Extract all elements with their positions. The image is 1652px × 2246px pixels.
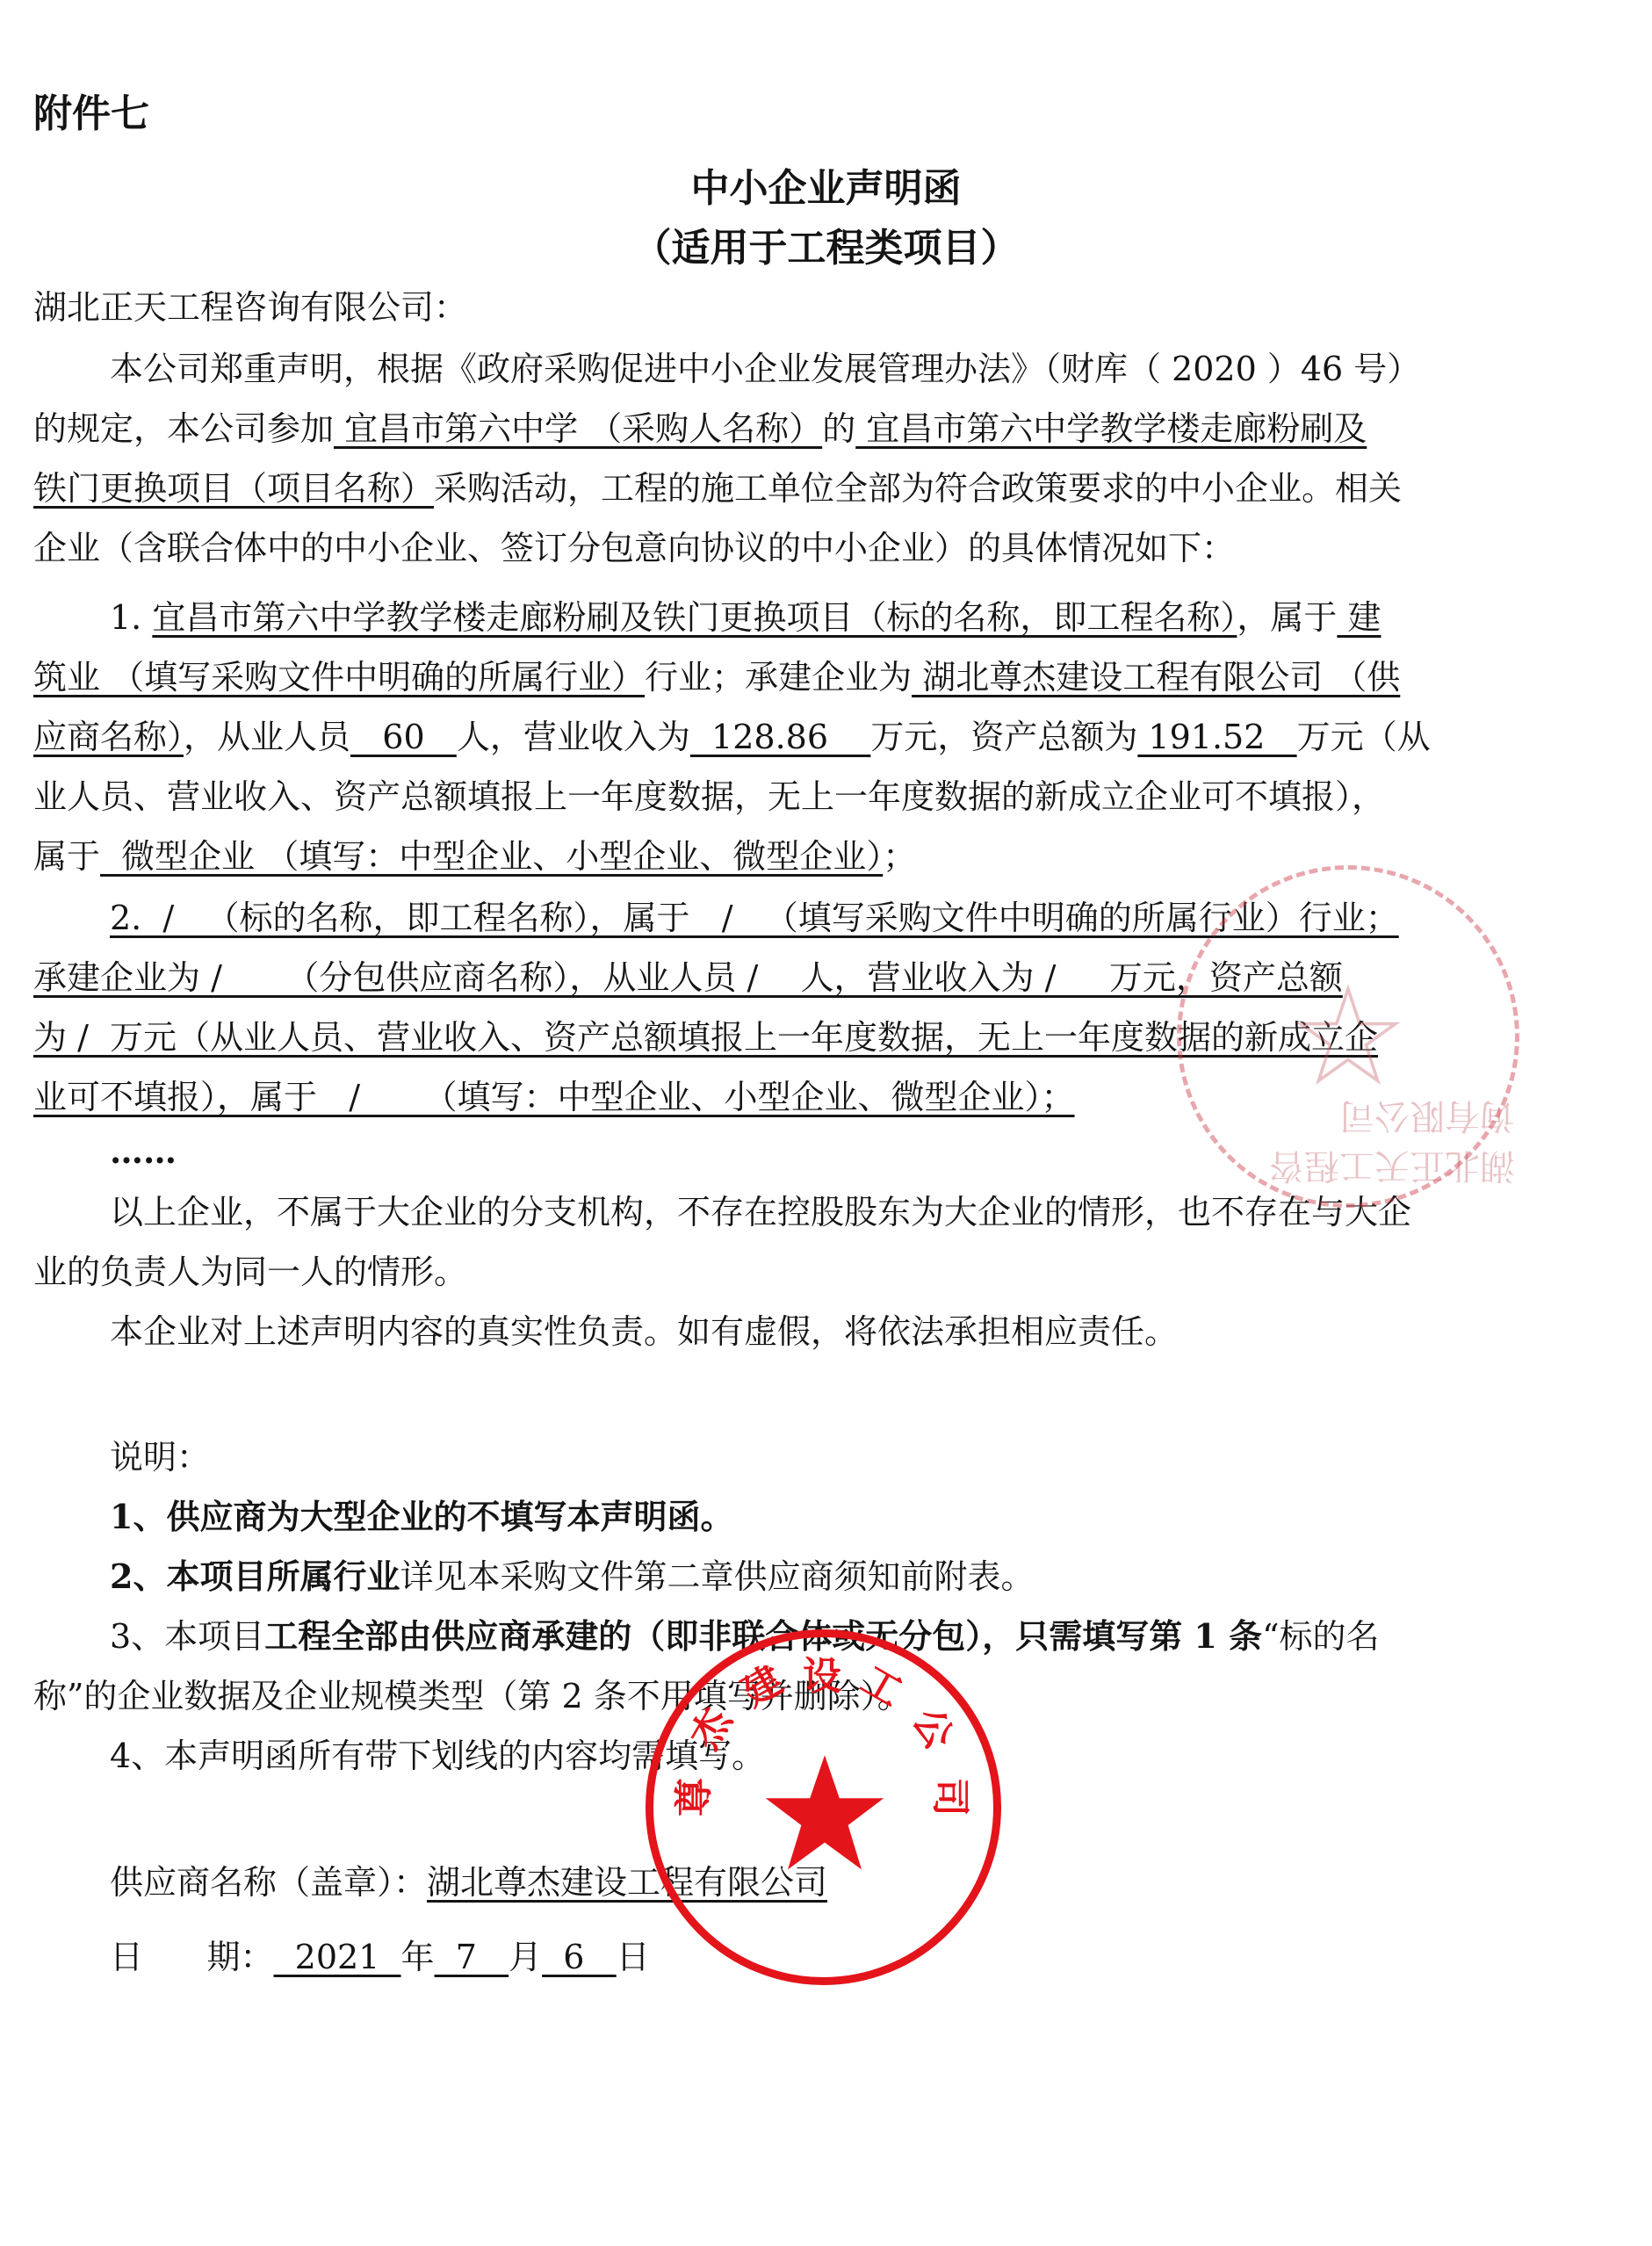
item-text: 属于 <box>33 837 100 876</box>
intro-text: 的规定，本公司参加 <box>33 409 334 448</box>
industry-field: 建 <box>1337 598 1381 637</box>
declaration-line-3: 本企业对上述声明内容的真实性负责。如有虚假，将依法承担相应责任。 <box>110 1310 1652 1354</box>
item1-line-4: 业人员、营业收入、资产总额填报上一年度数据，无上一年度数据的新成立企业可不填报）… <box>33 775 1652 819</box>
item-number: 1. <box>110 598 152 637</box>
note-3-text: 3、本项目 <box>110 1617 264 1656</box>
enterprise-size-field: 微型企业 （填写：中型企业、小型企业、微型企业） <box>100 837 883 876</box>
faint-seal-star-icon <box>1295 984 1401 1089</box>
note-1: 1、供应商为大型企业的不填写本声明函。 <box>110 1495 1652 1539</box>
seal-text-1: 杰 <box>674 1696 741 1758</box>
item-text: ； <box>883 837 916 876</box>
project-name-field-cont: 铁门更换项目（项目名称） <box>33 469 434 508</box>
year-unit: 年 <box>401 1938 435 1976</box>
assets-field: 191.52 <box>1137 718 1296 756</box>
note-2-bold: 2、本项目所属行业 <box>110 1556 400 1596</box>
intro-line-2: 的规定，本公司参加 宜昌市第六中学 （采购人名称）的 宜昌市第六中学教学楼走廊粉… <box>33 407 1652 451</box>
faint-seal-text: 湖北正天工程咨询有限公司 <box>1260 1094 1515 1194</box>
notes-heading: 说明： <box>110 1435 1652 1479</box>
item-text: 行业；承建企业为 <box>645 658 912 697</box>
project-name-field: 宜昌市第六中学教学楼走廊粉刷及 <box>855 409 1367 448</box>
day-unit: 日 <box>617 1938 650 1976</box>
seal-text-5: 公 <box>902 1696 970 1758</box>
note-2-text: 详见本采购文件第二章供应商须知前附表。 <box>400 1557 1034 1596</box>
declaration-line-1: 以上企业，不属于大企业的分支机构，不存在控股股东为大企业的情形，也不存在与大企 <box>110 1190 1652 1234</box>
year-field: 2021 <box>273 1938 400 1976</box>
item-text: ，属于 <box>1237 598 1337 637</box>
contractor-field: 湖北尊杰建设工程有限公司 （供 <box>912 658 1400 697</box>
industry-field-cont: 筑业 （填写采购文件中明确的所属行业） <box>33 658 645 697</box>
seal-text-2: 建 <box>730 1649 791 1716</box>
note-3-text: “标的名 <box>1262 1617 1379 1656</box>
item-text: 万元，资产总额为 <box>870 718 1137 756</box>
note-2: 2、本项目所属行业详见本采购文件第二章供应商须知前附表。 <box>110 1555 1652 1599</box>
attachment-label: 附件七 <box>33 92 1652 136</box>
addressee: 湖北正天工程咨询有限公司： <box>33 285 1652 329</box>
item-text: 万元（从 <box>1297 718 1431 756</box>
intro-line-1: 本公司郑重声明，根据《政府采购促进中小企业发展管理办法》（财库（ 2020 ）4… <box>110 347 1652 391</box>
document-subtitle: （适用于工程类项目） <box>0 227 1652 271</box>
item1-line-2: 筑业 （填写采购文件中明确的所属行业）行业；承建企业为 湖北尊杰建设工程有限公司… <box>33 655 1652 699</box>
document-title: 中小企业声明函 <box>0 167 1652 211</box>
month-field: 7 <box>435 1938 509 1976</box>
item-text: ，从业人员 <box>184 718 350 756</box>
seal-text-4: 工 <box>853 1649 914 1716</box>
item1-line-1: 1. 宜昌市第六中学教学楼走廊粉刷及铁门更换项目（标的名称，即工程名称），属于 … <box>110 596 1652 639</box>
seal-text-3: 设 <box>803 1644 841 1701</box>
seal-star-icon <box>763 1751 886 1874</box>
faint-seal-stamp: 湖北正天工程咨询有限公司 <box>1177 865 1519 1208</box>
purchaser-name-field: 宜昌市第六中学 （采购人名称） <box>334 409 822 448</box>
company-seal-stamp: 杰 建 设 工 公 司 尊 <box>646 1629 1001 1985</box>
month-unit: 月 <box>509 1938 542 1976</box>
supplier-label: 供应商名称（盖章）： <box>110 1863 427 1902</box>
declaration-line-2: 业的负责人为同一人的情形。 <box>33 1250 1652 1294</box>
intro-text: 的 <box>822 409 855 448</box>
employees-field: 60 <box>350 718 457 756</box>
item1-line-5: 属于 微型企业 （填写：中型企业、小型企业、微型企业）； <box>33 834 1652 878</box>
day-field: 6 <box>542 1938 617 1976</box>
intro-line-3: 铁门更换项目（项目名称）采购活动，工程的施工单位全部为符合政策要求的中小企业。相… <box>33 466 1652 510</box>
seal-text-6: 司 <box>926 1778 982 1816</box>
revenue-field: 128.86 <box>690 718 870 756</box>
date-label: 日 期： <box>110 1938 273 1976</box>
subject-name-field: 宜昌市第六中学教学楼走廊粉刷及铁门更换项目（标的名称，即工程名称） <box>152 598 1237 637</box>
contractor-field-cont: 应商名称） <box>33 718 184 756</box>
item1-line-3: 应商名称），从业人员 60 人，营业收入为 128.86 万元，资产总额为 19… <box>33 715 1652 759</box>
item-text: 人，营业收入为 <box>457 718 690 756</box>
intro-text: 采购活动，工程的施工单位全部为符合政策要求的中小企业。相关 <box>434 469 1402 508</box>
intro-line-4: 企业（含联合体中的中小企业、签订分包意向协议的中小企业）的具体情况如下： <box>33 526 1652 570</box>
seal-text-7: 尊 <box>662 1778 718 1816</box>
